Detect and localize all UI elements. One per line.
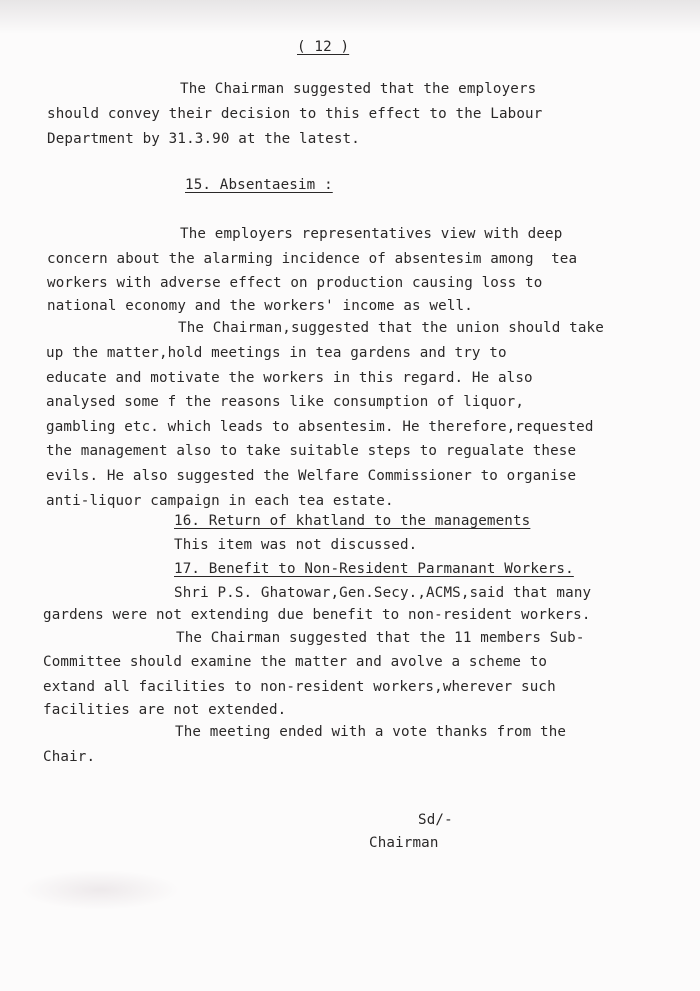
paragraph-line: gardens were not extending due benefit t… — [43, 606, 591, 624]
paragraph-line: The meeting ended with a vote thanks fro… — [175, 723, 566, 741]
section-heading-17-text: 17. Benefit to Non-Resident Parmanant Wo… — [174, 561, 574, 577]
scan-smudge — [20, 870, 180, 910]
section-heading-15-text: 15. Absentaesim : — [185, 177, 333, 193]
paragraph-line: The Chairman suggested that the employer… — [180, 80, 536, 98]
paragraph-line: analysed some f the reasons like consump… — [46, 393, 524, 411]
paragraph-line: the management also to take suitable ste… — [46, 442, 576, 460]
section-heading-16: 16. Return of khatland to the management… — [174, 512, 530, 530]
paragraph-line: educate and motivate the workers in this… — [46, 369, 533, 387]
paragraph-line: workers with adverse effect on productio… — [47, 274, 542, 292]
paragraph-line: Shri P.S. Ghatowar,Gen.Secy.,ACMS,said t… — [174, 584, 591, 602]
paragraph-line: Committee should examine the matter and … — [43, 653, 547, 671]
paragraph-line: evils. He also suggested the Welfare Com… — [46, 467, 576, 485]
paragraph-line: The employers representatives view with … — [180, 225, 562, 243]
paragraph-line: national economy and the workers' income… — [47, 297, 473, 315]
paragraph-line: This item was not discussed. — [174, 536, 417, 554]
signature-title: Chairman — [369, 834, 439, 852]
paragraph-line: concern about the alarming incidence of … — [47, 250, 577, 268]
scan-top-shadow — [0, 0, 700, 34]
page-number: ( 12 ) — [297, 38, 349, 56]
paragraph-line: facilities are not extended. — [43, 701, 286, 719]
paragraph-line: Chair. — [43, 748, 95, 766]
paragraph-line: The Chairman,suggested that the union sh… — [178, 319, 604, 337]
paragraph-line: Department by 31.3.90 at the latest. — [47, 130, 360, 148]
paragraph-line: up the matter,hold meetings in tea garde… — [46, 344, 507, 362]
section-heading-16-text: 16. Return of khatland to the management… — [174, 513, 530, 529]
paragraph-line: anti-liquor campaign in each tea estate. — [46, 492, 394, 510]
paragraph-line: The Chairman suggested that the 11 membe… — [176, 629, 585, 647]
signature-sd: Sd/- — [418, 811, 453, 829]
section-heading-15: 15. Absentaesim : — [185, 176, 333, 194]
paragraph-line: gambling etc. which leads to absentesim.… — [46, 418, 594, 436]
paragraph-line: should convey their decision to this eff… — [47, 105, 542, 123]
paragraph-line: extand all facilities to non-resident wo… — [43, 678, 556, 696]
section-heading-17: 17. Benefit to Non-Resident Parmanant Wo… — [174, 560, 574, 578]
